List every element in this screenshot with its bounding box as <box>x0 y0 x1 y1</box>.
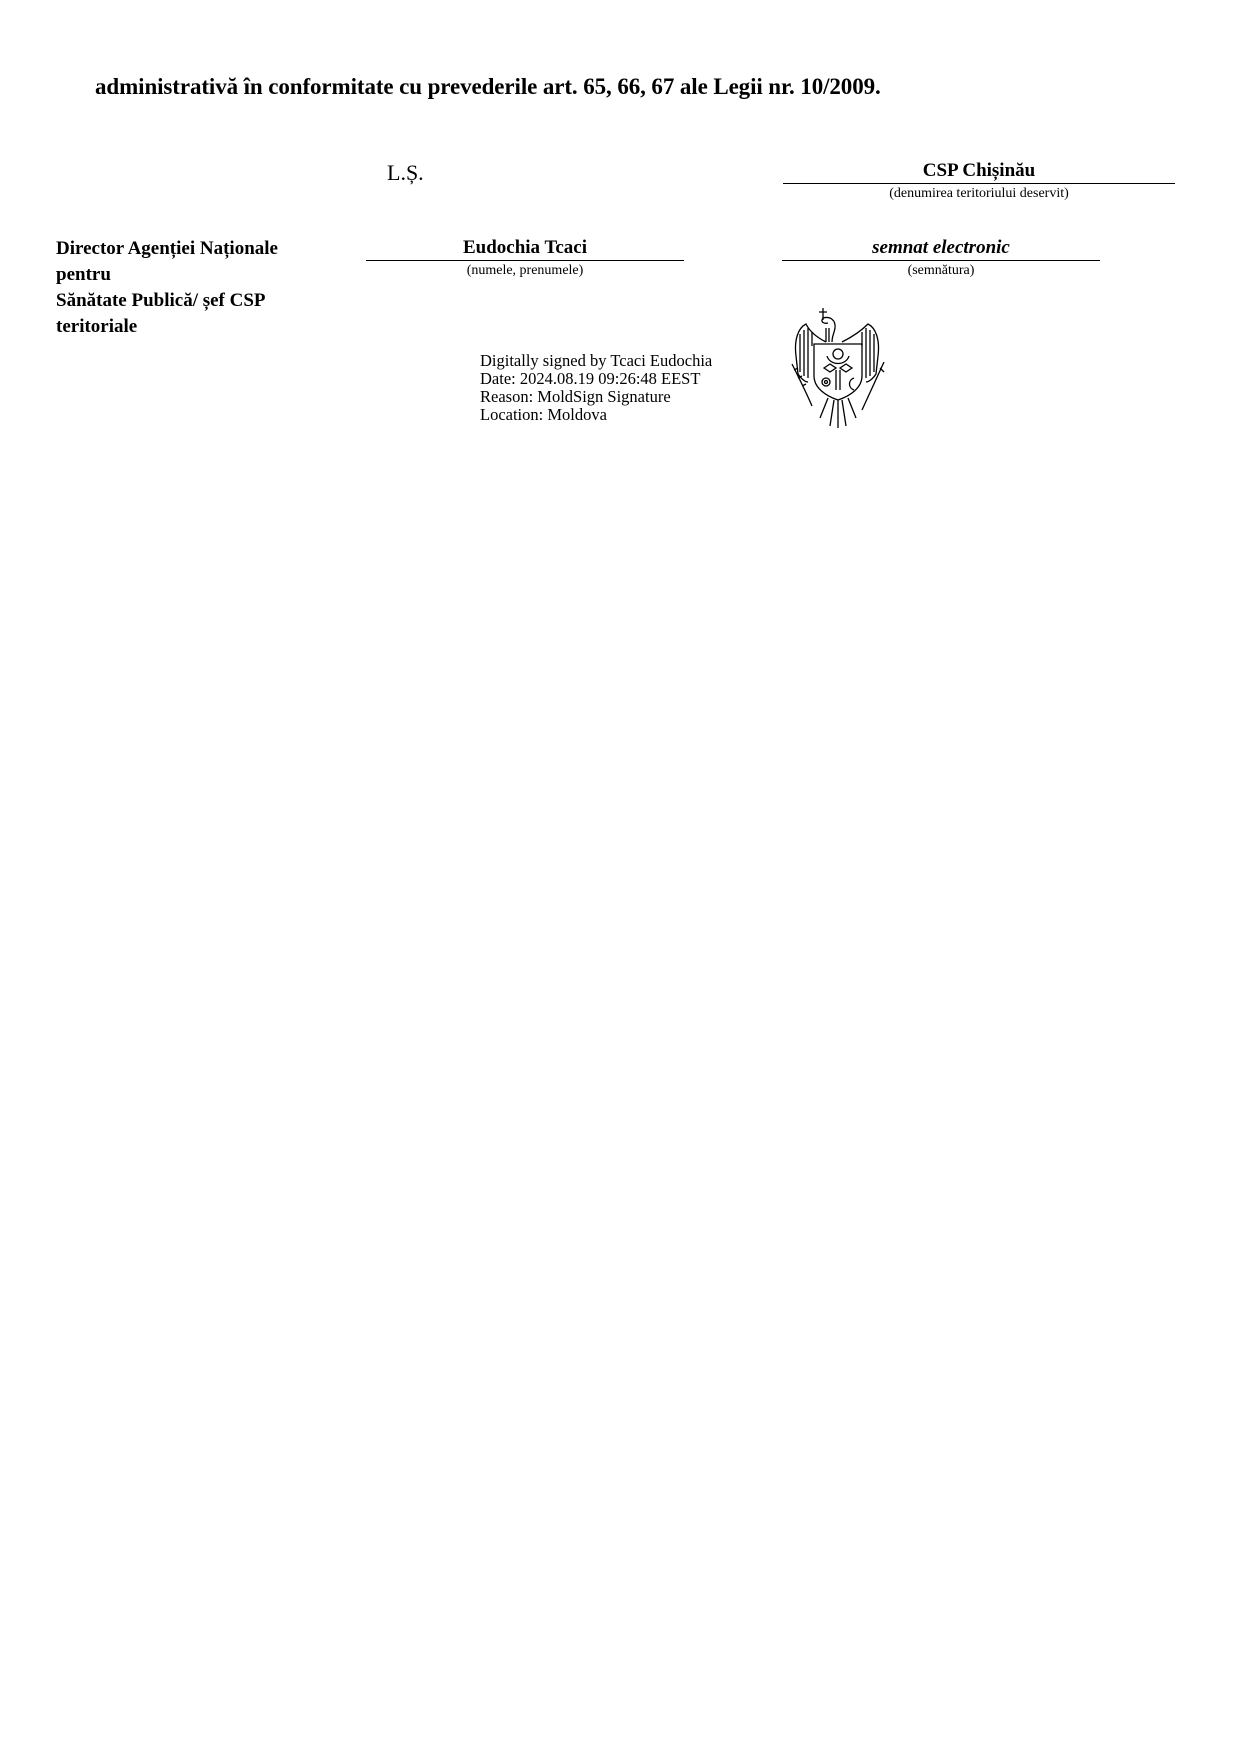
signature-value: semnat electronic <box>782 237 1100 259</box>
signature-field: semnat electronic (semnătura) <box>782 237 1100 280</box>
seal-label: L.Ș. <box>387 160 424 186</box>
signature-line-location: Location: Moldova <box>480 406 712 424</box>
signature-underline <box>782 260 1100 261</box>
role-line: teritoriale <box>56 314 346 340</box>
signature-line-signer: Digitally signed by Tcaci Eudochia <box>480 352 712 370</box>
digital-signature-block[interactable]: Digitally signed by Tcaci Eudochia Date:… <box>480 352 712 424</box>
territory-underline <box>783 183 1175 184</box>
role-line: Sănătate Publică/ șef CSP <box>56 288 346 314</box>
role-line: pentru <box>56 262 346 288</box>
intro-paragraph: administrativă în conformitate cu preved… <box>95 74 881 100</box>
signature-line-reason: Reason: MoldSign Signature <box>480 388 712 406</box>
territory-value: CSP Chișinău <box>783 160 1175 182</box>
name-underline <box>366 260 684 261</box>
signature-caption: (semnătura) <box>782 262 1100 280</box>
moldova-coat-of-arms-icon <box>790 306 886 430</box>
name-caption: (numele, prenumele) <box>366 262 684 280</box>
name-field: Eudochia Tcaci (numele, prenumele) <box>366 237 684 280</box>
territory-field: CSP Chișinău (denumirea teritoriului des… <box>783 160 1175 203</box>
signature-line-date: Date: 2024.08.19 09:26:48 EEST <box>480 370 712 388</box>
role-line: Director Agenției Naționale <box>56 236 346 262</box>
territory-caption: (denumirea teritoriului deservit) <box>783 185 1175 203</box>
signatory-role: Director Agenției Naționale pentru Sănăt… <box>56 236 346 340</box>
name-value: Eudochia Tcaci <box>366 237 684 259</box>
